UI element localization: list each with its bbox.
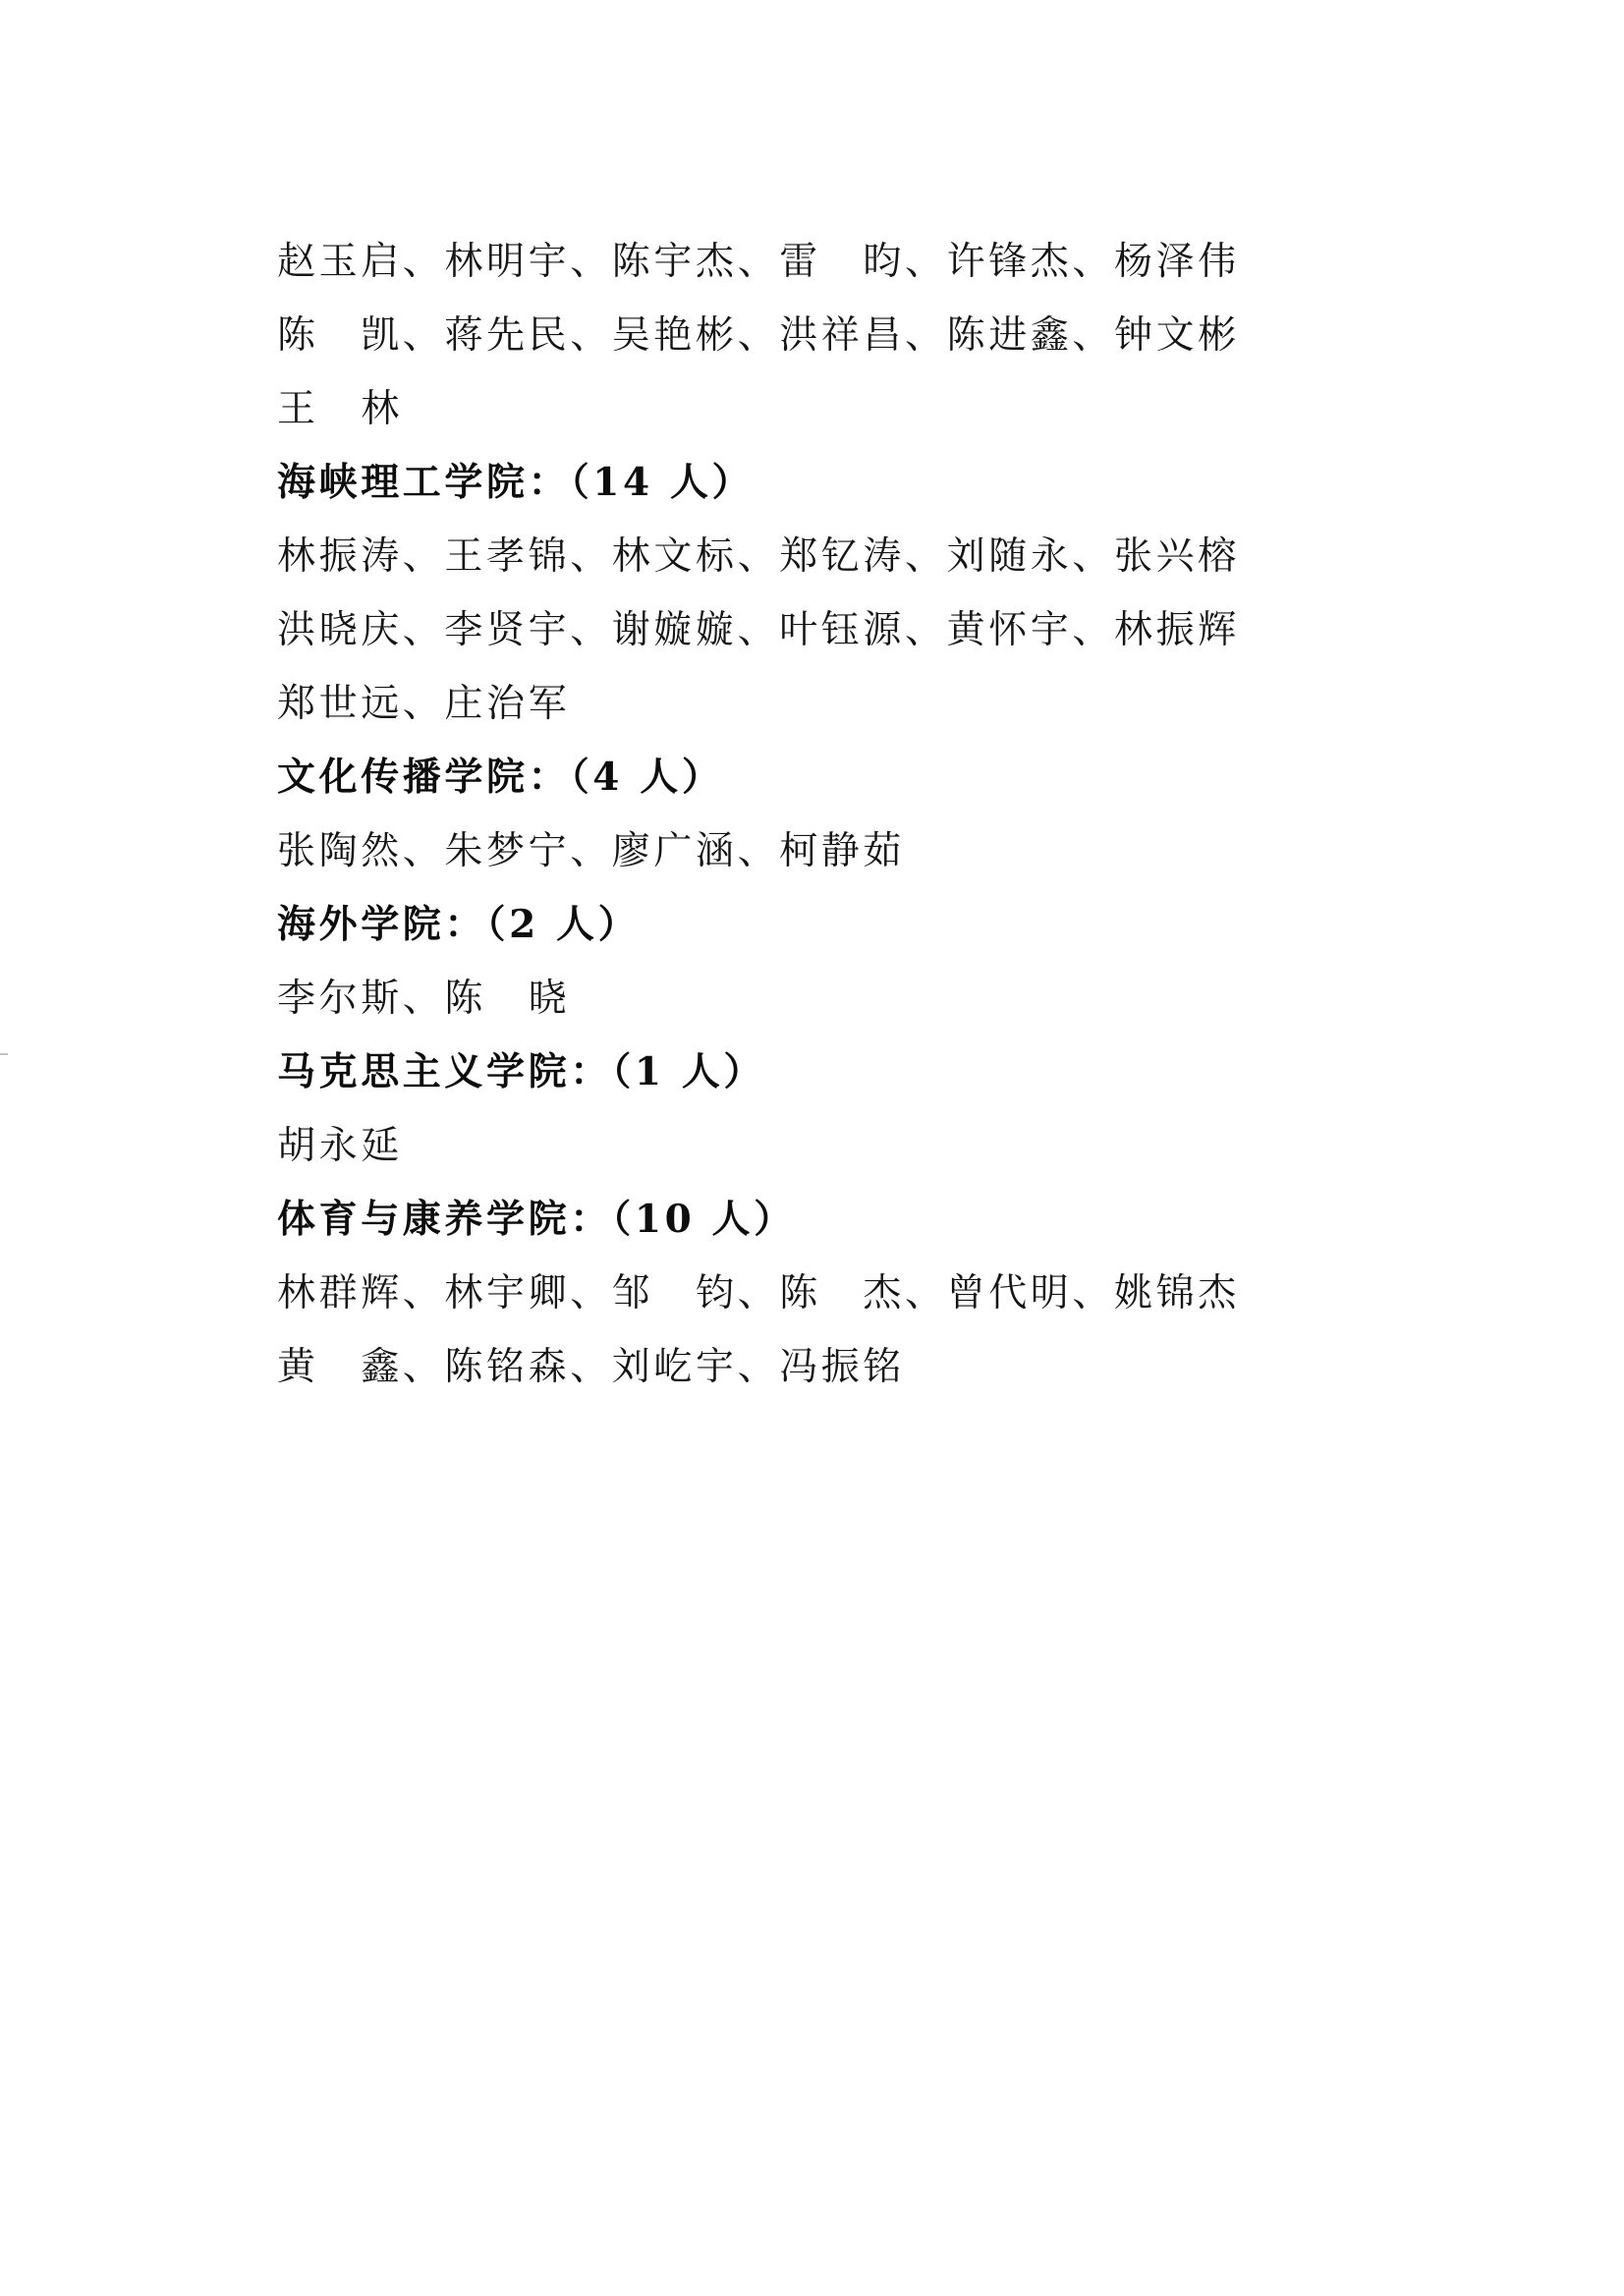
- names-line: 黄 鑫、陈铭森、刘屹宇、冯振铭: [277, 1330, 1358, 1404]
- name-list: 赵玉启、林明宇、陈宇杰、雷 昀、许锋杰、杨泽伟 陈 凯、蒋先民、吴艳彬、洪祥昌、…: [277, 225, 1358, 1404]
- names-line: 张陶然、朱梦宁、廖广涵、柯静茹: [277, 814, 1358, 888]
- section-heading-culture-communication: 文化传播学院：（4 人）: [277, 741, 1358, 814]
- names-line: 洪晓庆、李贤宇、谢嫙嫙、叶钰源、黄怀宇、林振辉: [277, 593, 1358, 667]
- names-line: 林群辉、林宇卿、邹 钧、陈 杰、曾代明、姚锦杰: [277, 1257, 1358, 1330]
- section-heading-overseas: 海外学院：（2 人）: [277, 888, 1358, 962]
- names-line: 李尔斯、陈 晓: [277, 962, 1358, 1036]
- names-line: 陈 凯、蒋先民、吴艳彬、洪祥昌、陈进鑫、钟文彬: [277, 299, 1358, 372]
- document-page: 赵玉启、林明宇、陈宇杰、雷 昀、许锋杰、杨泽伟 陈 凯、蒋先民、吴艳彬、洪祥昌、…: [0, 0, 1624, 2296]
- scan-artifact: [0, 1053, 8, 1055]
- section-heading-marxism: 马克思主义学院：（1 人）: [277, 1036, 1358, 1109]
- names-line: 王 林: [277, 372, 1358, 446]
- section-heading-haixia-engineering: 海峡理工学院：（14 人）: [277, 446, 1358, 520]
- section-heading-sports-health: 体育与康养学院：（10 人）: [277, 1183, 1358, 1257]
- names-line: 赵玉启、林明宇、陈宇杰、雷 昀、许锋杰、杨泽伟: [277, 225, 1358, 299]
- names-line: 林振涛、王孝锦、林文标、郑钇涛、刘随永、张兴榕: [277, 520, 1358, 593]
- names-line: 胡永延: [277, 1109, 1358, 1183]
- names-line: 郑世远、庄治军: [277, 667, 1358, 741]
